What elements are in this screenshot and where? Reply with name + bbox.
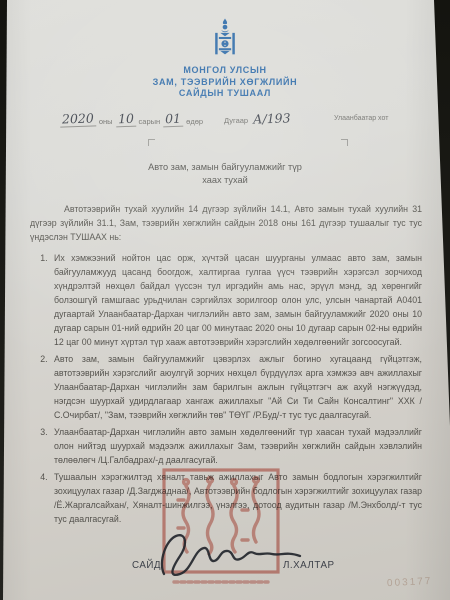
title-line-2: хаах тухай xyxy=(0,174,450,187)
date-year-handwritten: 2020 xyxy=(60,110,96,127)
title-line-1: Авто зам, замын байгууламжийг түр xyxy=(0,161,450,174)
soyombo-emblem-icon xyxy=(210,16,240,62)
corner-left-icon xyxy=(148,139,155,146)
year-label: оны xyxy=(99,117,113,127)
day-label: өдөр xyxy=(186,117,203,127)
city-label: Улаанбаатар хот xyxy=(334,115,388,122)
signer-name-label: Л.ХАЛТАР xyxy=(283,560,335,571)
order-item-1: Их хэмжээний нойтон цас орж, хүчтэй цаса… xyxy=(50,251,422,349)
order-item-2: Авто зам, замын байгууламжийг цэвэрлэх а… xyxy=(50,352,422,422)
corner-right-icon xyxy=(341,139,348,146)
number-value-handwritten: А/193 xyxy=(253,110,291,126)
number-label: Дугаар xyxy=(224,116,248,126)
number-group: Дугаар А/193 xyxy=(224,111,291,126)
date-group: 2020 оны 10 сарын 01 өдөр xyxy=(60,111,203,127)
document-photo: МОНГОЛ УЛСЫН ЗАМ, ТЭЭВРИЙН ХӨГЖЛИЙН САЙД… xyxy=(0,0,450,600)
date-month-handwritten: 10 xyxy=(115,110,136,127)
page-registry-number: 003177 xyxy=(386,576,432,589)
doc-type-label: САЙДЫН ТУШААЛ xyxy=(0,88,450,100)
order-item-3: Улаанбаатар-Дархан чиглэлийн авто замын … xyxy=(50,425,422,467)
document-title: Авто зам, замын байгууламжийг түр хаах т… xyxy=(0,161,450,187)
minister-signature xyxy=(150,528,310,583)
org-name-country: МОНГОЛ УЛСЫН xyxy=(0,65,450,77)
signer-role-label: САЙД xyxy=(132,560,161,571)
org-name-ministry: ЗАМ, ТЭЭВРИЙН ХӨГЖЛИЙН xyxy=(0,77,450,89)
dateline: 2020 оны 10 сарын 01 өдөр Дугаар А/193 У… xyxy=(0,111,450,131)
letterhead: МОНГОЛ УЛСЫН ЗАМ, ТЭЭВРИЙН ХӨГЖЛИЙН САЙД… xyxy=(0,0,450,100)
paper-sheet: МОНГОЛ УЛСЫН ЗАМ, ТЭЭВРИЙН ХӨГЖЛИЙН САЙД… xyxy=(0,0,450,600)
month-label: сарын xyxy=(139,117,161,127)
title-corner-marks xyxy=(148,139,348,147)
date-day-handwritten: 01 xyxy=(163,110,184,127)
preamble-paragraph: Автотээврийн тухай хуулийн 14 дүгээр зүй… xyxy=(30,202,422,245)
